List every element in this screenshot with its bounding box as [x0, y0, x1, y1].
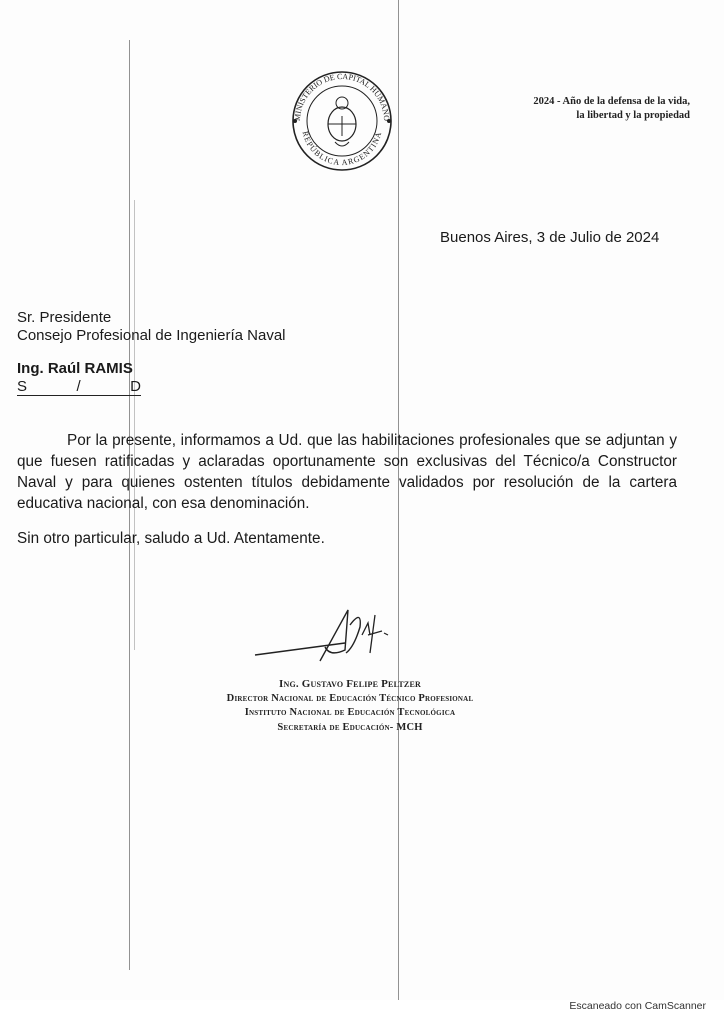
sd-abbreviation: S / D — [17, 378, 141, 396]
scanned-page: MINISTERIO DE CAPITAL HUMANO REPÚBLICA A… — [0, 0, 724, 1000]
signer-name: Ing. Gustavo Felipe Peltzer — [170, 677, 530, 692]
recipient-name: Ing. Raúl RAMIS — [17, 360, 133, 377]
recipient-address: Sr. Presidente Consejo Profesional de In… — [17, 309, 286, 345]
motto-line: la libertad y la propiedad — [533, 109, 690, 123]
signer-title: Director Nacional de Educación Técnico P… — [170, 692, 530, 707]
sd-d: D — [130, 378, 141, 395]
recipient-title: Sr. Presidente — [17, 309, 286, 327]
signer-secretariat: Secretaría de Educación- MCH — [170, 721, 530, 736]
fold-line — [134, 200, 135, 650]
sd-slash: / — [77, 378, 81, 395]
ministry-seal-icon: MINISTERIO DE CAPITAL HUMANO REPÚBLICA A… — [281, 70, 403, 172]
signature-icon — [250, 605, 400, 665]
signer-block: Ing. Gustavo Felipe Peltzer Director Nac… — [170, 677, 530, 735]
sd-s: S — [17, 378, 27, 395]
letter-closing: Sin otro particular, saludo a Ud. Atenta… — [17, 530, 325, 548]
camscanner-watermark: Escaneado con CamScanner — [569, 1000, 706, 1012]
motto-line: 2024 - Año de la defensa de la vida, — [533, 95, 690, 109]
letter-body: Por la presente, informamos a Ud. que la… — [17, 430, 677, 514]
year-motto: 2024 - Año de la defensa de la vida, la … — [533, 95, 690, 123]
recipient-organization: Consejo Profesional de Ingeniería Naval — [17, 327, 286, 345]
place-date: Buenos Aires, 3 de Julio de 2024 — [440, 229, 659, 246]
signer-institution: Instituto Nacional de Educación Tecnológ… — [170, 706, 530, 721]
